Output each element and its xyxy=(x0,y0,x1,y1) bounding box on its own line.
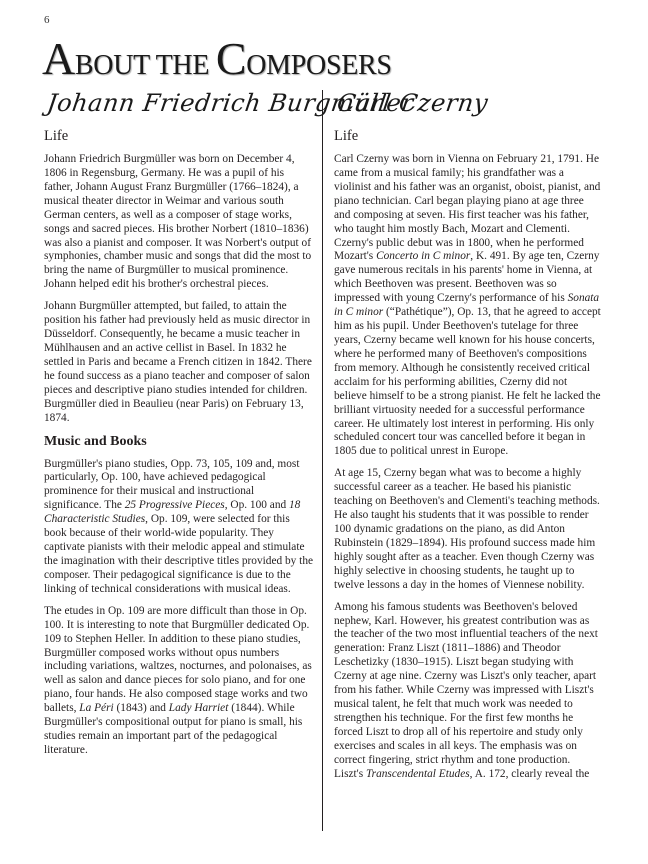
title-initial-c: C xyxy=(216,33,246,84)
composer-name-czerny: Carl Czerny xyxy=(334,86,608,126)
burgmuller-column: Johann Friedrich Burgmüller Life Johann … xyxy=(44,86,314,766)
title-part-2: OMPOSERS xyxy=(246,50,391,81)
page-number: 6 xyxy=(44,14,50,26)
column-divider xyxy=(322,90,323,831)
music-paragraph-2: The etudes in Op. 109 are more difficult… xyxy=(44,605,314,758)
composer-name-burgmuller: Johann Friedrich Burgmüller xyxy=(44,86,320,126)
title-part-1: BOUT THE xyxy=(75,50,216,81)
title-initial-a: A xyxy=(42,33,75,84)
life-heading: Life xyxy=(334,128,602,145)
music-and-books-heading: Music and Books xyxy=(44,434,314,450)
life-heading: Life xyxy=(44,128,314,145)
czerny-column: Carl Czerny Life Carl Czerny was born in… xyxy=(334,86,602,790)
czerny-paragraph-2: At age 15, Czerny began what was to beco… xyxy=(334,467,602,592)
life-paragraph-2: Johann Burgmüller attempted, but failed,… xyxy=(44,300,314,425)
music-paragraph-1: Burgmüller's piano studies, Opp. 73, 105… xyxy=(44,458,314,597)
czerny-paragraph-3: Among his famous students was Beethoven'… xyxy=(334,601,602,782)
czerny-paragraph-1: Carl Czerny was born in Vienna on Februa… xyxy=(334,153,602,459)
life-paragraph-1: Johann Friedrich Burgmüller was born on … xyxy=(44,153,314,292)
page-title: ABOUT THE COMPOSERS xyxy=(42,36,392,89)
